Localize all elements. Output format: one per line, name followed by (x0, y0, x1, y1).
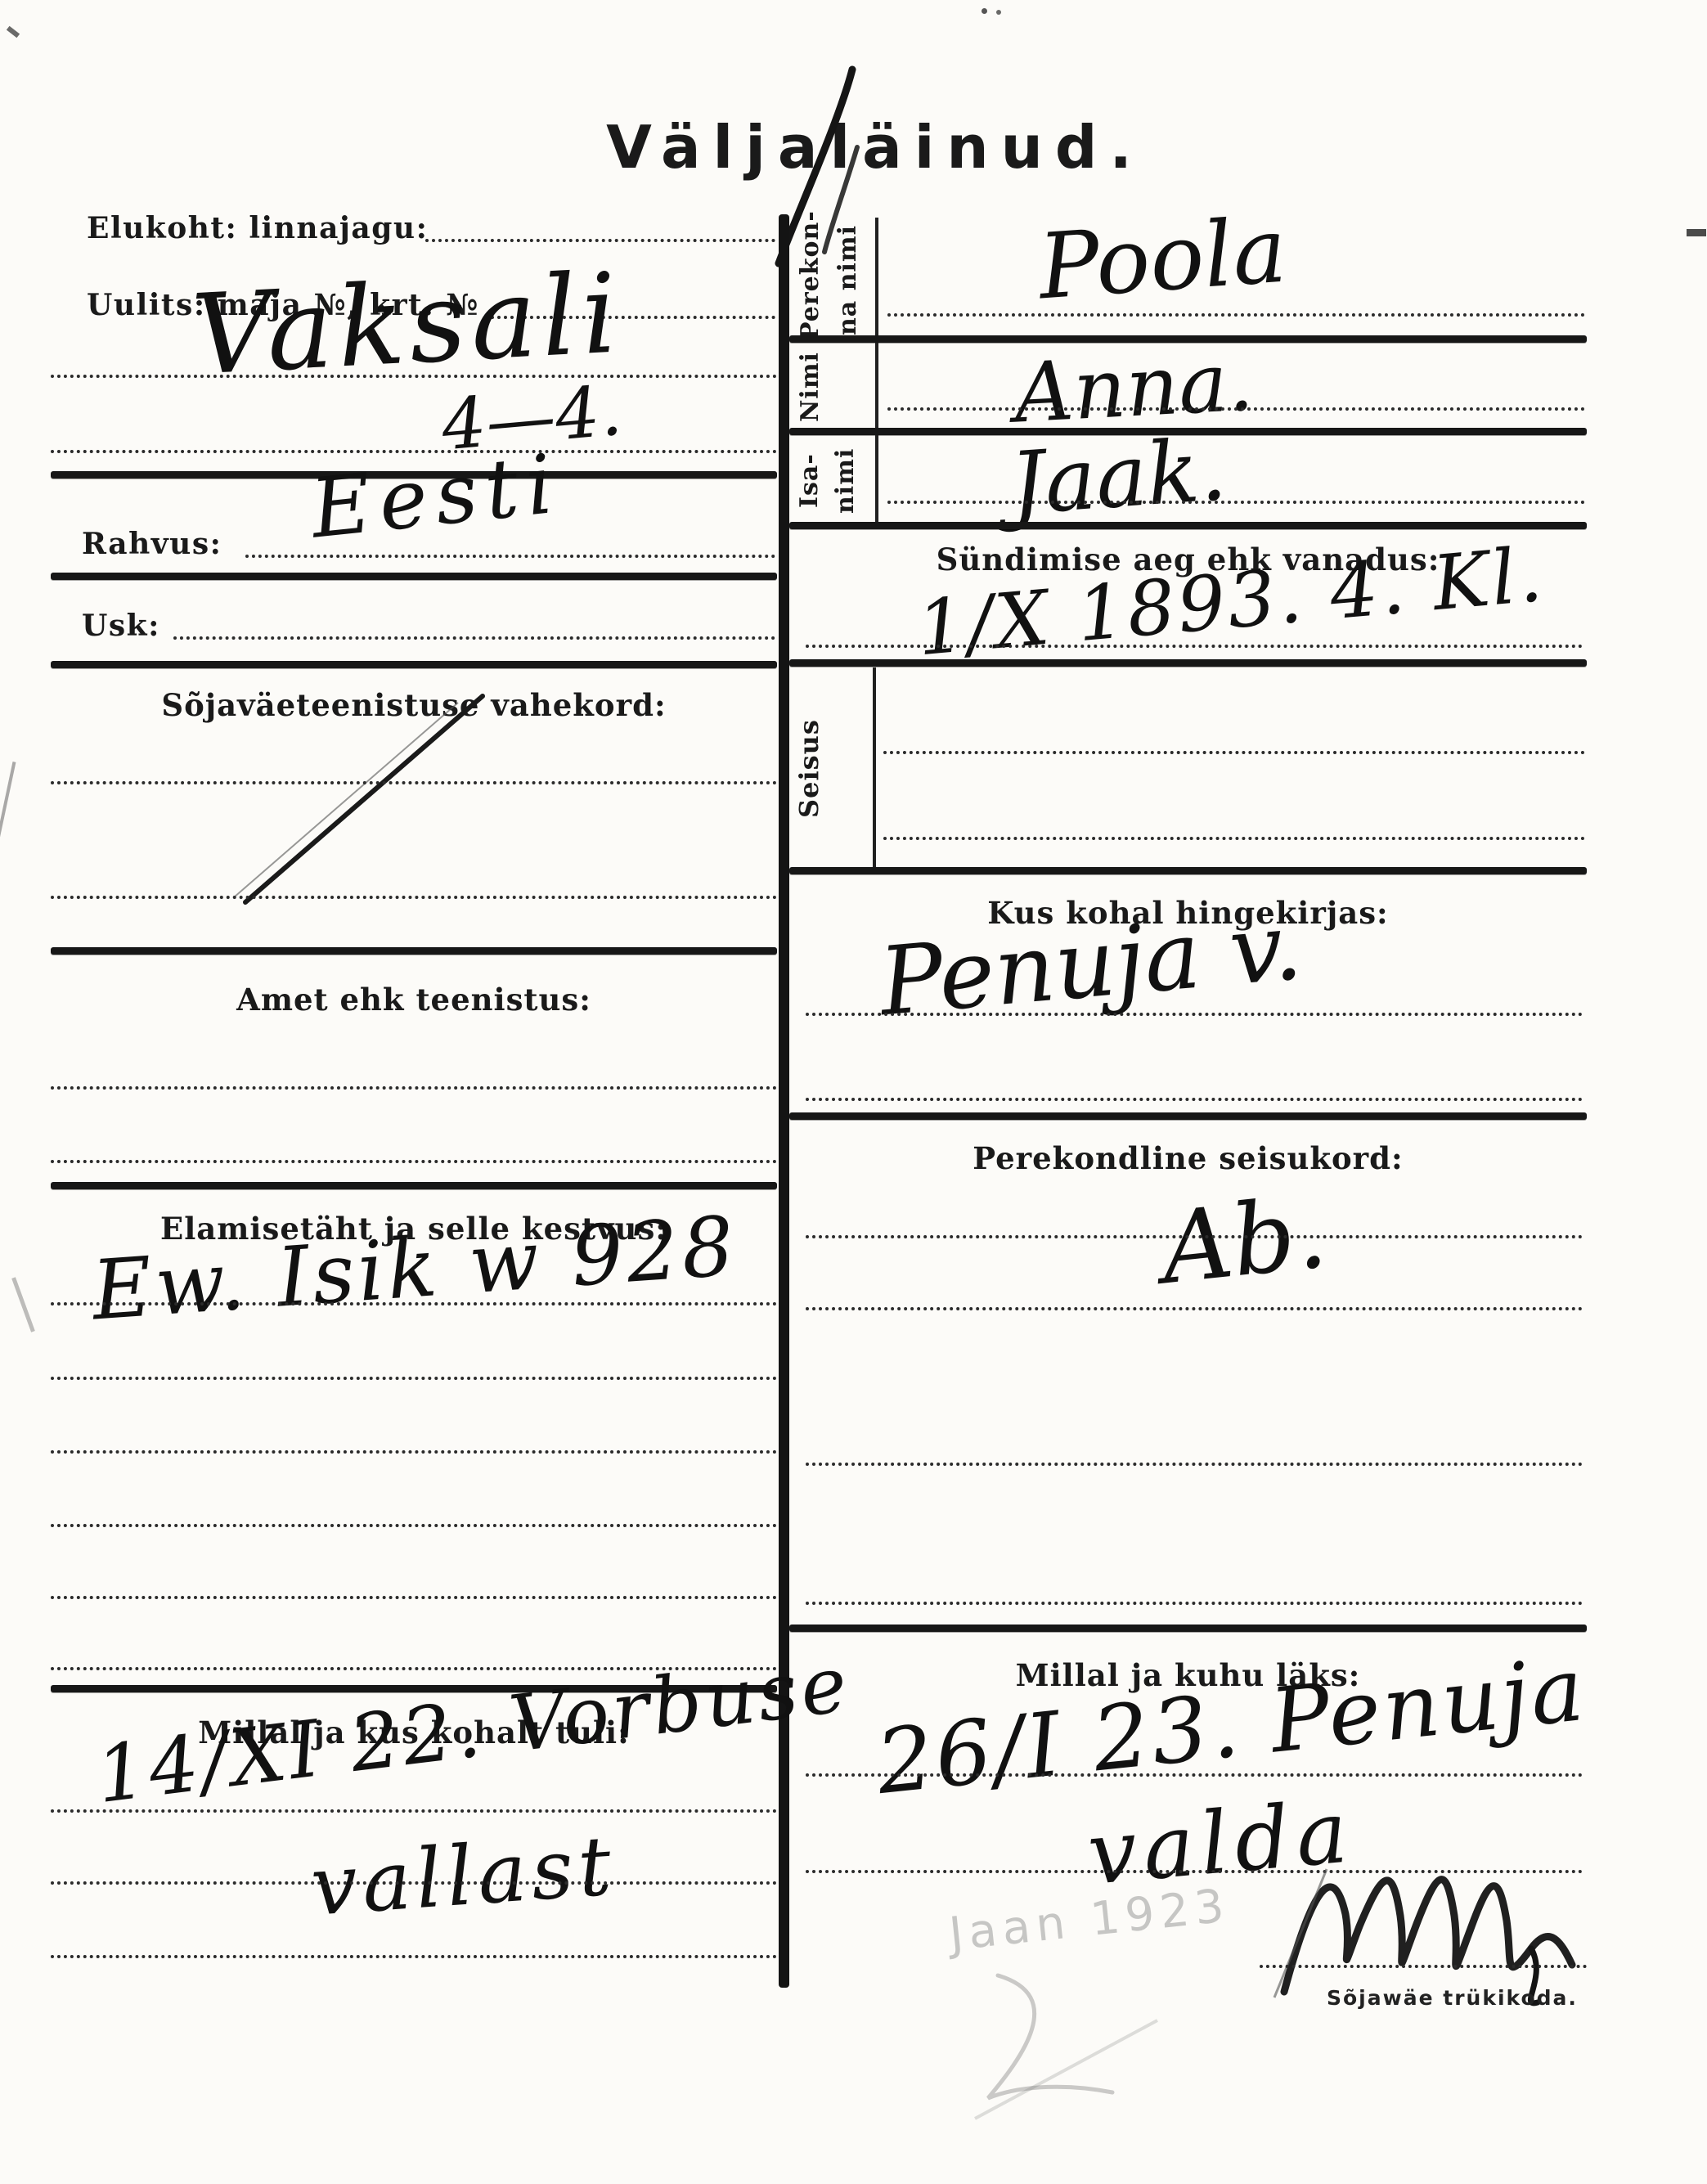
surname-handwriting: Poola (1035, 198, 1290, 320)
fathers-name-handwriting: Jaak. (1007, 420, 1229, 534)
dotted-line (887, 313, 1585, 317)
firstname-label: Nimi (792, 344, 874, 429)
printer-credit: Sõjawäe trükikoda. (1327, 1986, 1578, 2010)
section-rule (789, 1625, 1587, 1632)
dotted-line (51, 1086, 777, 1090)
section-rule (51, 1182, 777, 1189)
rahvus-label: Rahvus: (82, 527, 222, 561)
section-rule (51, 573, 777, 580)
marital-status-handwriting: Ab. (1156, 1176, 1332, 1306)
dotted-line (51, 1377, 777, 1380)
dotted-line (883, 751, 1585, 754)
section-rule (789, 522, 1587, 529)
dotted-line (51, 1596, 777, 1599)
dotted-line (806, 1307, 1583, 1310)
dotted-line (806, 645, 1583, 648)
dotted-line (51, 1881, 777, 1885)
dotted-line (806, 1235, 1583, 1238)
scan-speck (11, 1277, 35, 1332)
scanned-form-page: Väljaläinud. Elukoht: linnajagu: Uulits:… (0, 0, 1707, 2184)
dotted-line (51, 1450, 777, 1454)
dotted-line (806, 1013, 1583, 1016)
dotted-line (806, 1098, 1583, 1101)
dotted-line (806, 1773, 1583, 1777)
surname-label: Perekon- na nimi (792, 219, 874, 340)
status-label: Seisus (790, 669, 870, 869)
date-stamp: Jaan 1923 (947, 1879, 1233, 1962)
dotted-line (806, 1463, 1583, 1466)
scan-speck (1687, 229, 1706, 236)
pencil-mark (965, 1963, 1178, 2127)
section-rule (789, 867, 1587, 874)
dotted-line (51, 1160, 777, 1163)
section-rule (51, 947, 777, 955)
dotted-line (806, 1602, 1583, 1605)
dotted-line (883, 837, 1585, 840)
scan-speck (982, 8, 987, 14)
label-box-rule (875, 435, 878, 527)
dotted-line (51, 1524, 777, 1527)
dotted-line (425, 239, 775, 242)
form-title: Väljaläinud. (605, 113, 1145, 182)
dotted-line (51, 375, 777, 378)
marital-status-header: Perekondline seisukord: (789, 1140, 1587, 1176)
dotted-line (245, 555, 775, 558)
arrival-handwriting-line2: vallast (308, 1818, 618, 1935)
dotted-line (887, 407, 1585, 411)
dotted-line (51, 1809, 777, 1813)
section-rule (789, 659, 1587, 667)
label-box-rule (875, 343, 878, 431)
official-signature (1268, 1840, 1587, 2004)
label-box-rule (875, 218, 878, 342)
dotted-line (51, 1955, 777, 1958)
dotted-line (887, 501, 1585, 504)
dotted-line (51, 896, 777, 899)
dotted-line (1260, 1965, 1587, 1968)
label-box-rule (873, 667, 876, 870)
section-rule (51, 661, 777, 668)
nationality-handwriting: Eesti (307, 435, 565, 556)
section-rule (789, 1112, 1587, 1120)
strike-through-slash (237, 691, 491, 908)
scan-speck (0, 762, 16, 866)
scan-speck (996, 10, 1001, 15)
dotted-line (51, 1302, 777, 1305)
fathers-name-label: Isa- nimi (792, 437, 874, 525)
usk-label: Usk: (82, 609, 160, 643)
dotted-line (173, 636, 775, 640)
scan-speck (7, 26, 20, 38)
occupation-header: Amet ehk teenistus: (51, 982, 777, 1018)
dotted-line (51, 781, 777, 784)
elukoht-label: Elukoht: linnajagu: (87, 211, 428, 245)
